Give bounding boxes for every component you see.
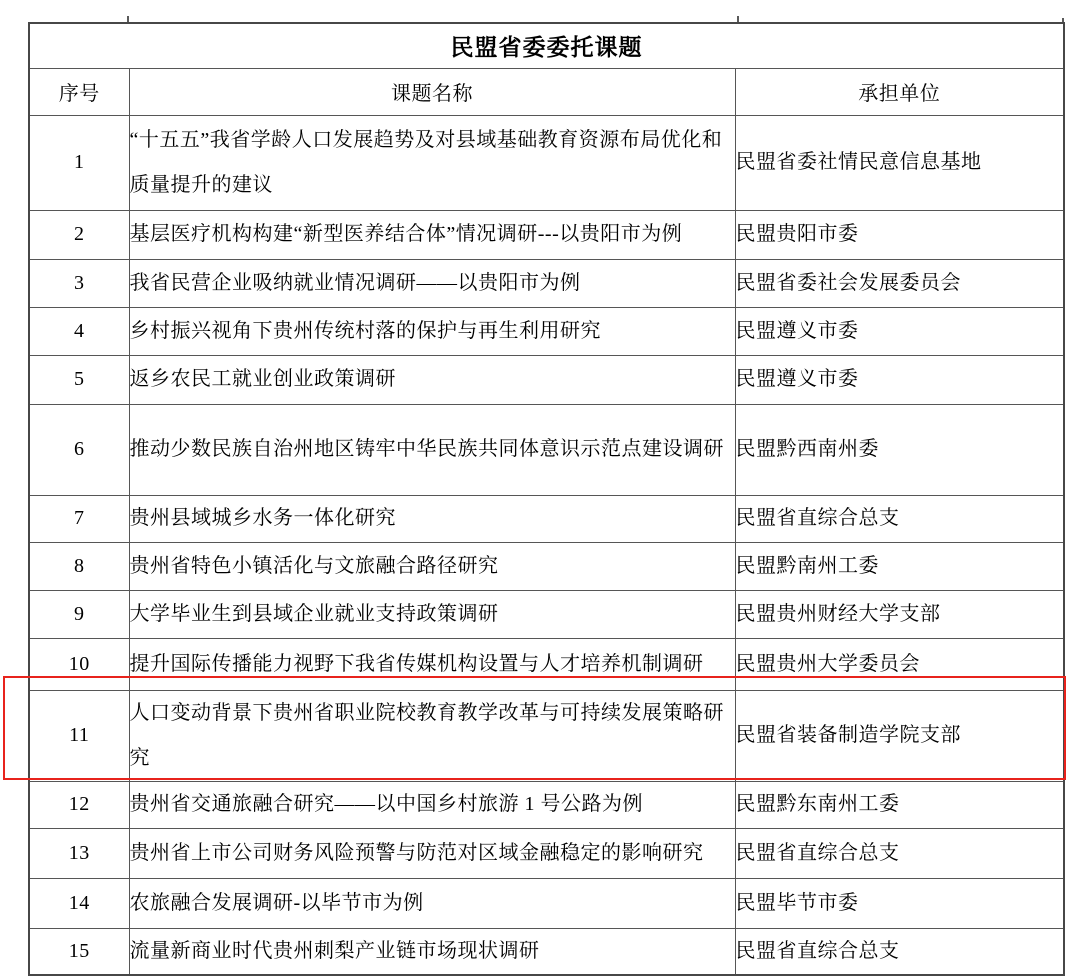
table-row: 8 贵州省特色小镇活化与文旅融合路径研究 民盟黔南州工委 — [29, 542, 1064, 590]
table-row: 12 贵州省交通旅融合研究——以中国乡村旅游 1 号公路为例 民盟黔东南州工委 — [29, 781, 1064, 828]
row-unit: 民盟黔东南州工委 — [735, 781, 1064, 828]
table-header-row: 序号 课题名称 承担单位 — [29, 68, 1064, 115]
topic-table: 民盟省委委托课题 序号 课题名称 承担单位 1 “十五五”我省学龄人口发展趋势及… — [28, 22, 1065, 976]
table-row: 1 “十五五”我省学龄人口发展趋势及对县域基础教育资源布局优化和质量提升的建议 … — [29, 115, 1064, 210]
header-topic: 课题名称 — [129, 68, 735, 115]
row-unit: 民盟黔南州工委 — [735, 542, 1064, 590]
row-no: 4 — [29, 307, 129, 355]
row-no: 10 — [29, 638, 129, 690]
row-no: 2 — [29, 210, 129, 259]
row-topic: 推动少数民族自治州地区铸牢中华民族共同体意识示范点建设调研 — [129, 404, 735, 495]
header-unit: 承担单位 — [735, 68, 1064, 115]
row-topic: 乡村振兴视角下贵州传统村落的保护与再生利用研究 — [129, 307, 735, 355]
table-title-row: 民盟省委委托课题 — [29, 23, 1064, 68]
table-row: 4 乡村振兴视角下贵州传统村落的保护与再生利用研究 民盟遵义市委 — [29, 307, 1064, 355]
table-row: 15 流量新商业时代贵州刺梨产业链市场现状调研 民盟省直综合总支 — [29, 928, 1064, 975]
row-unit: 民盟省直综合总支 — [735, 928, 1064, 975]
table-row: 10 提升国际传播能力视野下我省传媒机构设置与人才培养机制调研 民盟贵州大学委员… — [29, 638, 1064, 690]
table-row-highlighted: 11 人口变动背景下贵州省职业院校教育教学改革与可持续发展策略研究 民盟省装备制… — [29, 690, 1064, 781]
row-topic: 基层医疗机构构建“新型医养结合体”情况调研---以贵阳市为例 — [129, 210, 735, 259]
row-topic: 返乡农民工就业创业政策调研 — [129, 355, 735, 404]
table-title: 民盟省委委托课题 — [29, 23, 1064, 68]
row-topic: 我省民营企业吸纳就业情况调研——以贵阳市为例 — [129, 259, 735, 307]
row-topic: 农旅融合发展调研-以毕节市为例 — [129, 878, 735, 928]
row-no: 5 — [29, 355, 129, 404]
row-no: 3 — [29, 259, 129, 307]
table-row: 14 农旅融合发展调研-以毕节市为例 民盟毕节市委 — [29, 878, 1064, 928]
row-unit: 民盟省直综合总支 — [735, 828, 1064, 878]
row-topic: 提升国际传播能力视野下我省传媒机构设置与人才培养机制调研 — [129, 638, 735, 690]
row-no: 12 — [29, 781, 129, 828]
row-topic: “十五五”我省学龄人口发展趋势及对县域基础教育资源布局优化和质量提升的建议 — [129, 115, 735, 210]
row-topic: 人口变动背景下贵州省职业院校教育教学改革与可持续发展策略研究 — [129, 690, 735, 781]
table-row: 3 我省民营企业吸纳就业情况调研——以贵阳市为例 民盟省委社会发展委员会 — [29, 259, 1064, 307]
table-row: 13 贵州省上市公司财务风险预警与防范对区域金融稳定的影响研究 民盟省直综合总支 — [29, 828, 1064, 878]
row-no: 6 — [29, 404, 129, 495]
row-unit: 民盟贵州大学委员会 — [735, 638, 1064, 690]
row-no: 14 — [29, 878, 129, 928]
table-row: 9 大学毕业生到县域企业就业支持政策调研 民盟贵州财经大学支部 — [29, 590, 1064, 638]
row-unit: 民盟省装备制造学院支部 — [735, 690, 1064, 781]
row-unit: 民盟黔西南州委 — [735, 404, 1064, 495]
row-no: 8 — [29, 542, 129, 590]
table-row: 5 返乡农民工就业创业政策调研 民盟遵义市委 — [29, 355, 1064, 404]
row-topic: 流量新商业时代贵州刺梨产业链市场现状调研 — [129, 928, 735, 975]
row-no: 15 — [29, 928, 129, 975]
row-no: 13 — [29, 828, 129, 878]
table-row: 2 基层医疗机构构建“新型医养结合体”情况调研---以贵阳市为例 民盟贵阳市委 — [29, 210, 1064, 259]
table-row: 7 贵州县域城乡水务一体化研究 民盟省直综合总支 — [29, 495, 1064, 542]
row-topic: 贵州省上市公司财务风险预警与防范对区域金融稳定的影响研究 — [129, 828, 735, 878]
row-topic: 贵州省交通旅融合研究——以中国乡村旅游 1 号公路为例 — [129, 781, 735, 828]
row-topic: 贵州省特色小镇活化与文旅融合路径研究 — [129, 542, 735, 590]
row-no: 1 — [29, 115, 129, 210]
row-no: 11 — [29, 690, 129, 781]
row-unit: 民盟贵阳市委 — [735, 210, 1064, 259]
header-no: 序号 — [29, 68, 129, 115]
row-unit: 民盟省直综合总支 — [735, 495, 1064, 542]
row-unit: 民盟省委社会发展委员会 — [735, 259, 1064, 307]
row-no: 9 — [29, 590, 129, 638]
row-unit: 民盟毕节市委 — [735, 878, 1064, 928]
row-unit: 民盟遵义市委 — [735, 355, 1064, 404]
row-unit: 民盟贵州财经大学支部 — [735, 590, 1064, 638]
row-no: 7 — [29, 495, 129, 542]
row-unit: 民盟省委社情民意信息基地 — [735, 115, 1064, 210]
row-unit: 民盟遵义市委 — [735, 307, 1064, 355]
row-topic: 贵州县域城乡水务一体化研究 — [129, 495, 735, 542]
table-row: 6 推动少数民族自治州地区铸牢中华民族共同体意识示范点建设调研 民盟黔西南州委 — [29, 404, 1064, 495]
row-topic: 大学毕业生到县域企业就业支持政策调研 — [129, 590, 735, 638]
document-page: 民盟省委委托课题 序号 课题名称 承担单位 1 “十五五”我省学龄人口发展趋势及… — [0, 0, 1080, 976]
